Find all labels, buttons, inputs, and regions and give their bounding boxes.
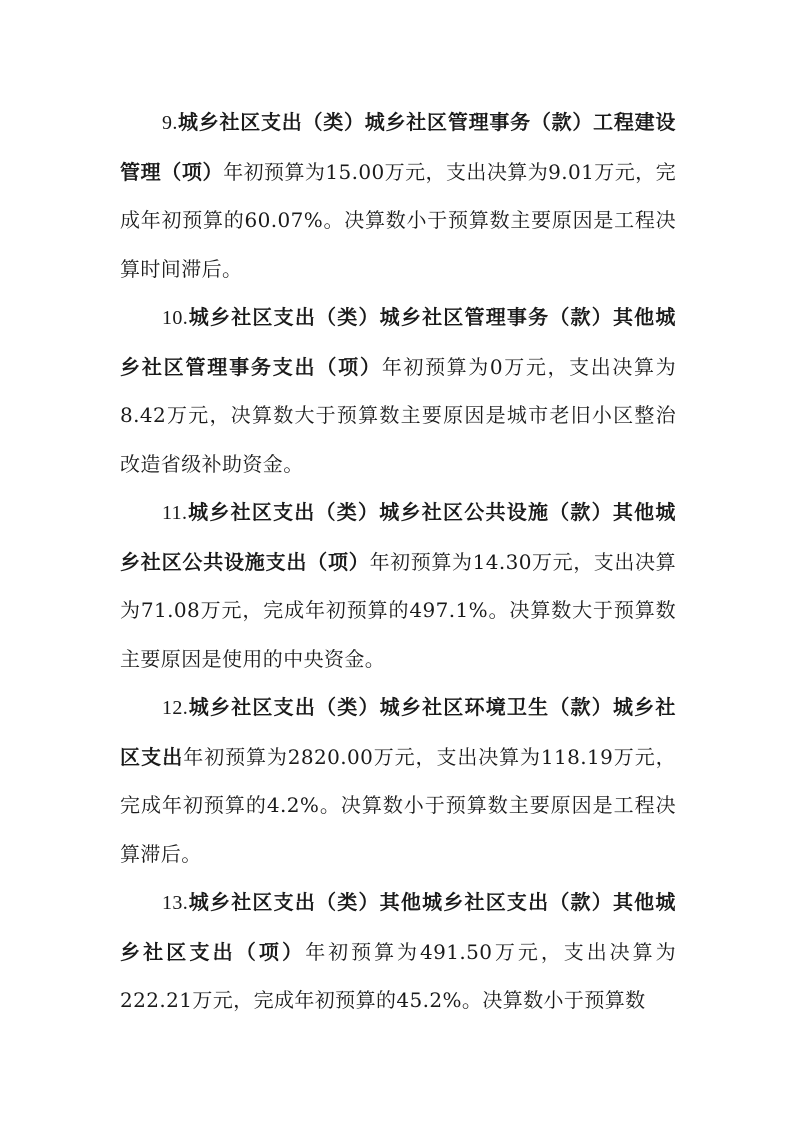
paragraph-number: 9.	[162, 112, 178, 134]
paragraph-number: 12.	[162, 697, 188, 719]
paragraph-item-10: 10.城乡社区支出（类）城乡社区管理事务（款）其他城乡社区管理事务支出（项）年初…	[120, 293, 676, 488]
paragraph-body: 年初预算为2820.00万元，支出决算为118.19万元，完成年初预算的4.2%…	[120, 745, 676, 866]
paragraph-item-9: 9.城乡社区支出（类）城乡社区管理事务（款）工程建设管理（项）年初预算为15.0…	[120, 98, 676, 293]
paragraph-item-13: 13.城乡社区支出（类）其他城乡社区支出（款）其他城乡社区支出（项）年初预算为4…	[120, 878, 676, 1025]
paragraph-item-12: 12.城乡社区支出（类）城乡社区环境卫生（款）城乡社区支出年初预算为2820.0…	[120, 683, 676, 878]
paragraph-number: 10.	[162, 307, 188, 329]
paragraph-number: 13.	[162, 892, 188, 914]
document-page: 9.城乡社区支出（类）城乡社区管理事务（款）工程建设管理（项）年初预算为15.0…	[120, 98, 676, 1025]
paragraph-number: 11.	[162, 502, 187, 524]
paragraph-item-11: 11.城乡社区支出（类）城乡社区公共设施（款）其他城乡社区公共设施支出（项）年初…	[120, 488, 676, 683]
